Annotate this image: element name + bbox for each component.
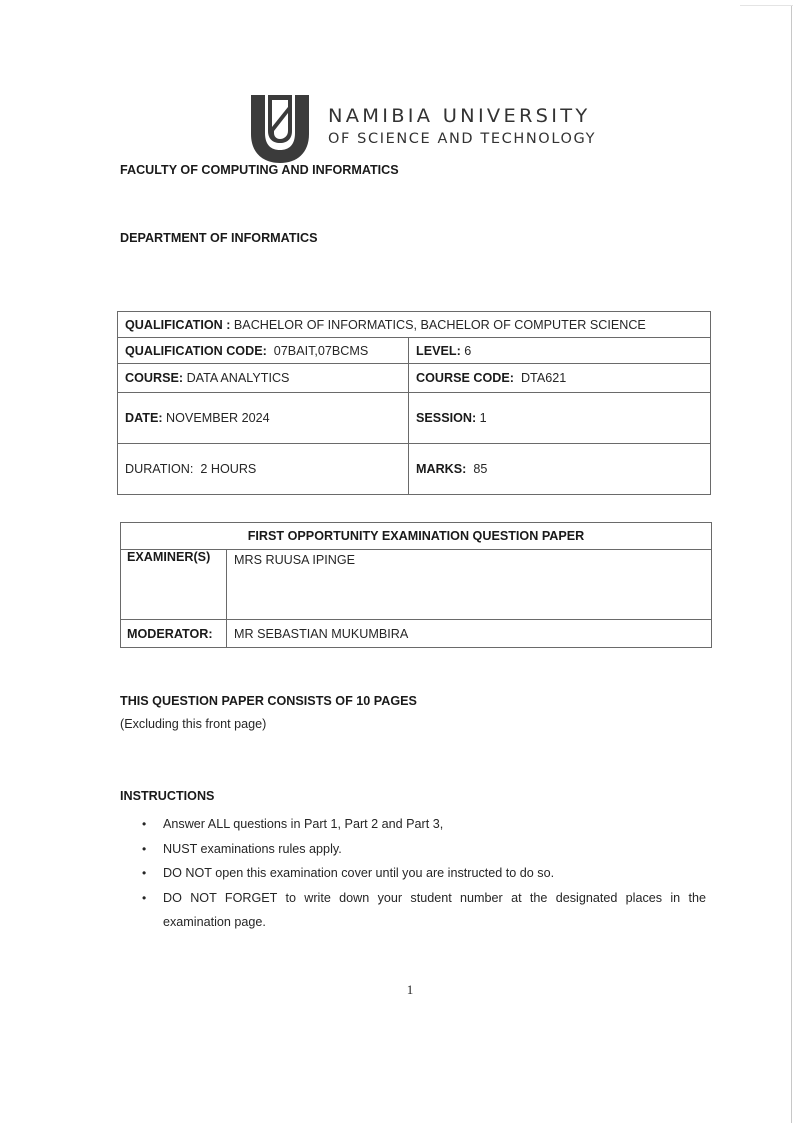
bullet-icon: • [142, 886, 146, 911]
instruction-text: Answer ALL questions in Part 1, Part 2 a… [163, 817, 443, 831]
course-cell: COURSE: DATA ANALYTICS [118, 364, 409, 393]
duration-label: DURATION: [125, 462, 193, 476]
course-code-cell: COURSE CODE: DTA621 [409, 364, 711, 393]
date-value: NOVEMBER 2024 [163, 411, 270, 425]
moderator-label: MODERATOR: [121, 620, 227, 648]
qualification-code-cell: QUALIFICATION CODE: 07BAIT,07BCMS [118, 338, 409, 364]
duration-cell: DURATION: 2 HOURS [118, 444, 409, 495]
marks-label: MARKS: [416, 462, 466, 476]
marks-value: 85 [466, 462, 487, 476]
course-code-label: COURSE CODE: [416, 371, 514, 385]
logo-line-university: NAMIBIA UNIVERSITY [328, 105, 601, 127]
course-code-value: DTA621 [514, 371, 566, 385]
table-row: DURATION: 2 HOURS MARKS: 85 [118, 444, 711, 495]
list-item: • NUST examinations rules apply. [140, 837, 706, 862]
instruction-text: DO NOT open this examination cover until… [163, 866, 554, 880]
table-row: EXAMINER(S) MRS RUUSA IPINGE [121, 550, 712, 620]
instructions-heading: INSTRUCTIONS [120, 789, 214, 803]
table-row: FIRST OPPORTUNITY EXAMINATION QUESTION P… [121, 523, 712, 550]
qualification-code-label: QUALIFICATION CODE: [125, 344, 267, 358]
table-row: COURSE: DATA ANALYTICS COURSE CODE: DTA6… [118, 364, 711, 393]
course-value: DATA ANALYTICS [183, 371, 289, 385]
bullet-icon: • [142, 837, 146, 862]
pages-count-subtitle: (Excluding this front page) [120, 717, 266, 731]
marks-cell: MARKS: 85 [409, 444, 711, 495]
list-item: • DO NOT open this examination cover unt… [140, 861, 706, 886]
bullet-icon: • [142, 861, 146, 886]
session-value: 1 [476, 411, 487, 425]
instruction-text: NUST examinations rules apply. [163, 842, 342, 856]
level-value: 6 [461, 344, 472, 358]
bullet-icon: • [142, 812, 146, 837]
examiner-table: FIRST OPPORTUNITY EXAMINATION QUESTION P… [120, 522, 712, 648]
university-logo: NAMIBIA UNIVERSITY OF SCIENCE AND TECHNO… [247, 93, 596, 165]
qualification-code-value: 07BAIT,07BCMS [267, 344, 369, 358]
faculty-heading: FACULTY OF COMPUTING AND INFORMATICS [120, 163, 399, 177]
logo-wordmark: NAMIBIA UNIVERSITY OF SCIENCE AND TECHNO… [328, 105, 596, 149]
session-label: SESSION: [416, 411, 476, 425]
qualification-value: BACHELOR OF INFORMATICS, BACHELOR OF COM… [230, 318, 645, 332]
date-cell: DATE: NOVEMBER 2024 [118, 393, 409, 444]
level-label: LEVEL: [416, 344, 461, 358]
examiner-label: EXAMINER(S) [121, 550, 227, 620]
course-label: COURSE: [125, 371, 183, 385]
scan-page-edge-top [740, 5, 793, 6]
page-number: 1 [0, 982, 794, 998]
table-row: QUALIFICATION : BACHELOR OF INFORMATICS,… [118, 312, 711, 338]
logo-line-science-technology: OF SCIENCE AND TECHNOLOGY [328, 129, 596, 149]
level-cell: LEVEL: 6 [409, 338, 711, 364]
instructions-list: • Answer ALL questions in Part 1, Part 2… [140, 812, 706, 935]
pages-count-notice: THIS QUESTION PAPER CONSISTS OF 10 PAGES [120, 694, 417, 708]
exam-paper-title: FIRST OPPORTUNITY EXAMINATION QUESTION P… [121, 523, 712, 550]
department-heading: DEPARTMENT OF INFORMATICS [120, 231, 318, 245]
table-row: QUALIFICATION CODE: 07BAIT,07BCMS LEVEL:… [118, 338, 711, 364]
nust-shield-logo-icon [247, 93, 313, 165]
course-info-table: QUALIFICATION : BACHELOR OF INFORMATICS,… [117, 311, 711, 495]
examiner-value: MRS RUUSA IPINGE [227, 550, 712, 620]
moderator-value: MR SEBASTIAN MUKUMBIRA [227, 620, 712, 648]
table-row: MODERATOR: MR SEBASTIAN MUKUMBIRA [121, 620, 712, 648]
session-cell: SESSION: 1 [409, 393, 711, 444]
table-row: DATE: NOVEMBER 2024 SESSION: 1 [118, 393, 711, 444]
list-item: • Answer ALL questions in Part 1, Part 2… [140, 812, 706, 837]
qualification-label: QUALIFICATION : [125, 318, 230, 332]
date-label: DATE: [125, 411, 163, 425]
instruction-text: DO NOT FORGET to write down your student… [163, 886, 706, 935]
list-item: • DO NOT FORGET to write down your stude… [140, 886, 706, 935]
duration-value: 2 HOURS [193, 462, 256, 476]
qualification-cell: QUALIFICATION : BACHELOR OF INFORMATICS,… [118, 312, 711, 338]
scan-page-edge [791, 6, 792, 1123]
